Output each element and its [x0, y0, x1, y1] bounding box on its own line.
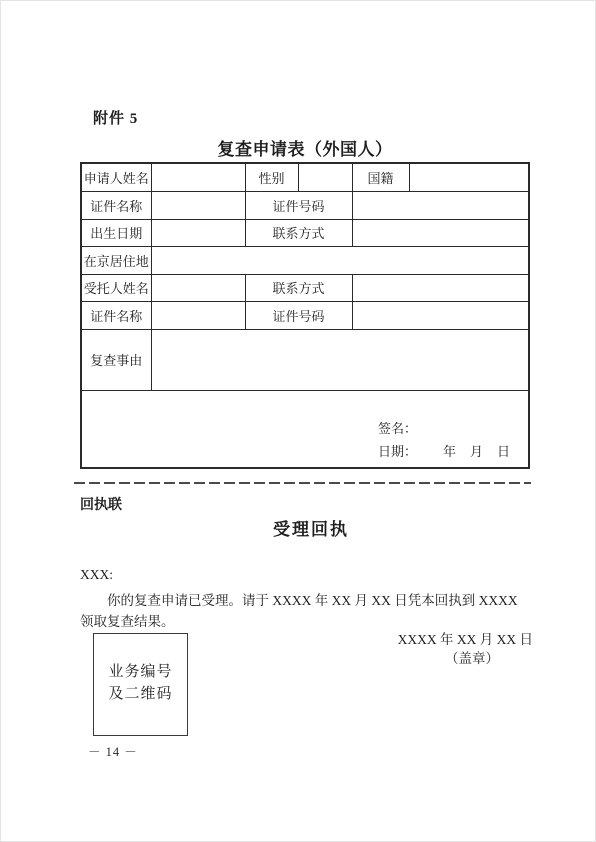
- field-value-gender: [298, 163, 352, 191]
- document-page: 附件 5 复查申请表（外国人） 申请人姓名 性别 国籍 证件名称 证件号码 出生…: [0, 0, 596, 842]
- field-label-review-reason: 复查事由: [81, 329, 151, 390]
- tear-off-divider: [74, 482, 531, 484]
- field-label-trustee-id-number: 证件号码: [245, 301, 352, 329]
- field-value-applicant-name: [151, 163, 245, 191]
- year-label: 年: [443, 444, 456, 459]
- field-label-gender: 性别: [245, 163, 298, 191]
- field-value-contact: [352, 219, 529, 246]
- day-label: 日: [497, 444, 510, 459]
- field-label-trustee-contact: 联系方式: [245, 274, 352, 301]
- month-label: 月: [470, 444, 483, 459]
- field-value-nationality: [409, 163, 529, 191]
- field-label-contact: 联系方式: [245, 219, 352, 246]
- field-value-id-name: [151, 191, 245, 219]
- field-label-birth-date: 出生日期: [81, 219, 151, 246]
- field-value-trustee-name: [151, 274, 245, 301]
- application-form-table: 申请人姓名 性别 国籍 证件名称 证件号码 出生日期 联系方式 在京居住地 受托…: [80, 162, 530, 469]
- receipt-body-line-2: 领取复查结果。: [80, 610, 175, 630]
- attachment-label: 附件 5: [93, 107, 138, 128]
- row-birth-contact: 出生日期 联系方式: [81, 219, 529, 246]
- field-label-trustee-name: 受托人姓名: [81, 274, 151, 301]
- field-label-trustee-id-name: 证件名称: [81, 301, 151, 329]
- field-value-birth-date: [151, 219, 245, 246]
- date-line: 日期：年月日: [378, 440, 510, 463]
- page-number: － 14 －: [88, 742, 138, 760]
- field-value-id-number: [352, 191, 529, 219]
- signature-block: 签名： 日期：年月日: [378, 417, 510, 463]
- field-value-review-reason: [151, 329, 529, 390]
- field-value-trustee-id-name: [151, 301, 245, 329]
- field-value-trustee-id-number: [352, 301, 529, 329]
- row-review-reason: 复查事由: [81, 329, 529, 390]
- field-label-beijing-residence: 在京居住地: [81, 246, 151, 274]
- field-value-beijing-residence: [151, 246, 529, 274]
- field-value-trustee-contact: [352, 274, 529, 301]
- field-label-nationality: 国籍: [352, 163, 409, 191]
- qr-box-line-2: 及二维码: [94, 683, 187, 705]
- field-label-id-number: 证件号码: [245, 191, 352, 219]
- receipt-title: 受理回执: [0, 515, 596, 540]
- row-applicant-id: 证件名称 证件号码: [81, 191, 529, 219]
- qr-box-line-1: 业务编号: [94, 661, 187, 683]
- field-label-applicant-name: 申请人姓名: [81, 163, 151, 191]
- receipt-body-line-1: 你的复查申请已受理。请于 XXXX 年 XX 月 XX 日凭本回执到 XXXX: [80, 589, 518, 609]
- row-residence: 在京居住地: [81, 246, 529, 274]
- receipt-salutation: XXX:: [80, 567, 113, 583]
- signature-line: 签名：: [378, 417, 510, 440]
- qr-box-text: 业务编号 及二维码: [94, 634, 187, 705]
- row-applicant: 申请人姓名 性别 国籍: [81, 163, 529, 191]
- receipt-section-label: 回执联: [80, 494, 122, 514]
- date-label: 日期：: [378, 444, 417, 459]
- business-number-qr-box: 业务编号 及二维码: [93, 633, 188, 736]
- row-signature: 签名： 日期：年月日: [81, 390, 529, 468]
- row-trustee-id: 证件名称 证件号码: [81, 301, 529, 329]
- row-trustee: 受托人姓名 联系方式: [81, 274, 529, 301]
- sign-label: 签名：: [378, 421, 417, 436]
- form-title: 复查申请表（外国人）: [0, 135, 596, 160]
- signature-cell: 签名： 日期：年月日: [81, 390, 529, 468]
- field-label-id-name: 证件名称: [81, 191, 151, 219]
